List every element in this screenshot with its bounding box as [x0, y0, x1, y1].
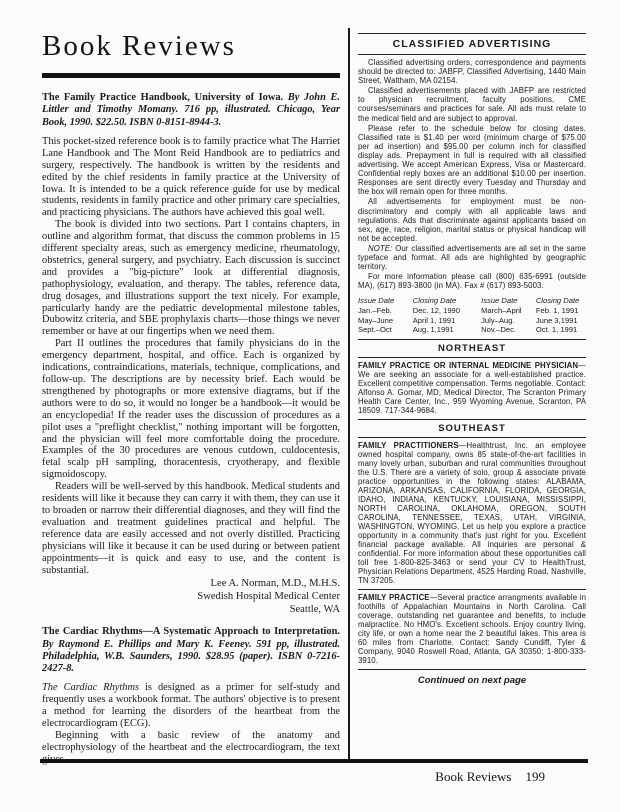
closing-dates-header-row: Issue Date Closing Date Issue Date Closi… [358, 296, 586, 306]
table-cell: Oct. 1, 1991 [536, 325, 586, 335]
review1-paragraph: The book is divided into two sections. P… [42, 219, 340, 338]
review1-paragraph: This pocket-sized reference book is to f… [42, 136, 340, 219]
table-cell: March–April [481, 306, 536, 316]
classified-column: CLASSIFIED ADVERTISING Classified advert… [358, 30, 586, 686]
ad-body: —We are seeking an associate for a well-… [358, 361, 586, 415]
ad-lead: FAMILY PRACTICE OR INTERNAL MEDICINE PHY… [358, 361, 578, 370]
book2-citation-detail: By Raymond E. Phillips and Mary K. Feene… [42, 639, 340, 675]
section-title-northeast: NORTHEAST [358, 343, 586, 354]
closing-dates-table: Issue Date Closing Date Issue Date Closi… [358, 296, 586, 334]
classified-header-rule-bottom [358, 54, 586, 55]
continued-rule [358, 669, 586, 670]
continued-notice: Continued on next page [358, 675, 586, 686]
closing-dates-row: Jan.–Feb. Dec. 12, 1990 March–April Feb.… [358, 306, 586, 316]
classified-info-paragraph: For more information please call (800) 6… [358, 272, 586, 290]
page-title: Book Reviews [42, 30, 340, 63]
classified-ad: FAMILY PRACTICE—Several practice arrangm… [358, 593, 586, 665]
footer-page-number: 199 [526, 769, 546, 784]
ad-body: —Healthtrust, Inc. an employee owned hos… [358, 441, 586, 585]
page-footer: Book Reviews199 [435, 769, 545, 785]
closing-dates-row: Sept.–Oct Aug. 1,1991 Nov.–Dec. Oct. 1, … [358, 325, 586, 335]
footer-section-label: Book Reviews [435, 769, 511, 784]
table-cell: May–June [358, 316, 413, 326]
closing-dates-row: May–June April 1, 1991 July–Aug. June 3,… [358, 316, 586, 326]
review1-paragraph: Part II outlines the procedures that fam… [42, 338, 340, 481]
column-header: Closing Date [536, 296, 586, 306]
section-rule [358, 419, 586, 420]
journal-page: Book Reviews The Family Practice Handboo… [0, 0, 620, 812]
review1-paragraph: Readers will be well-served by this hand… [42, 481, 340, 576]
note-label: NOTE: [368, 244, 392, 253]
section-title-southeast: SOUTHEAST [358, 423, 586, 434]
footer-rule [40, 759, 588, 763]
classified-intro-paragraph: Classified advertisements placed with JA… [358, 86, 586, 122]
table-cell: Sept.–Oct [358, 325, 413, 335]
reviewer-signature: Lee A. Norman, M.D., M.H.S. Swedish Hosp… [42, 578, 340, 616]
section-rule [358, 339, 586, 340]
classified-intro-paragraph: Please refer to the schedule below for c… [358, 124, 586, 197]
table-cell: Dec. 12, 1990 [413, 306, 481, 316]
classified-ad: FAMILY PRACTITIONERS—Healthtrust, Inc. a… [358, 441, 586, 585]
column-divider-rule [348, 28, 350, 759]
ad-lead: FAMILY PRACTICE [358, 593, 430, 602]
reviewer-affiliation: Swedish Hospital Medical Center [42, 591, 340, 604]
book2-citation: The Cardiac Rhythms—A Systematic Approac… [42, 626, 340, 675]
ad-separator-rule [358, 589, 586, 590]
table-cell: April 1, 1991 [413, 316, 481, 326]
section-rule [358, 437, 586, 438]
ad-lead: FAMILY PRACTITIONERS [358, 441, 459, 450]
heading-rule [42, 73, 340, 78]
table-cell: Jan.–Feb. [358, 306, 413, 316]
column-header: Issue Date [358, 296, 413, 306]
classified-intro-paragraph: All advertisements for employment must b… [358, 197, 586, 242]
table-cell: Aug. 1,1991 [413, 325, 481, 335]
classified-header: CLASSIFIED ADVERTISING [358, 38, 586, 50]
table-cell: July–Aug. [481, 316, 536, 326]
book2-title: The Cardiac Rhythms—A Systematic Approac… [42, 626, 340, 637]
note-text: Our classified advertisements are all se… [358, 244, 586, 271]
table-cell: June 3,1991 [536, 316, 586, 326]
classified-note-paragraph: NOTE: Our classified advertisements are … [358, 244, 586, 271]
classified-ad: FAMILY PRACTICE OR INTERNAL MEDICINE PHY… [358, 361, 586, 415]
ad-body: —Several practice arrangments available … [358, 593, 586, 665]
reviewer-location: Seattle, WA [42, 604, 340, 617]
book1-citation: The Family Practice Handbook, University… [42, 92, 340, 129]
book2-title-inline: The Cardiac Rhythms [42, 682, 139, 693]
classified-header-rule-top [358, 33, 586, 34]
reviewer-name: Lee A. Norman, M.D., M.H.S. [42, 578, 340, 591]
section-rule [358, 357, 586, 358]
table-cell: Feb. 1, 1991 [536, 306, 586, 316]
book-reviews-column: Book Reviews The Family Practice Handboo… [42, 30, 340, 766]
classified-intro-paragraph: Classified advertising orders, correspon… [358, 58, 586, 85]
book1-title: The Family Practice Handbook, University… [42, 92, 283, 103]
review2-paragraph: The Cardiac Rhythms is designed as a pri… [42, 682, 340, 730]
column-header: Closing Date [413, 296, 481, 306]
table-cell: Nov.–Dec. [481, 325, 536, 335]
column-header: Issue Date [481, 296, 536, 306]
